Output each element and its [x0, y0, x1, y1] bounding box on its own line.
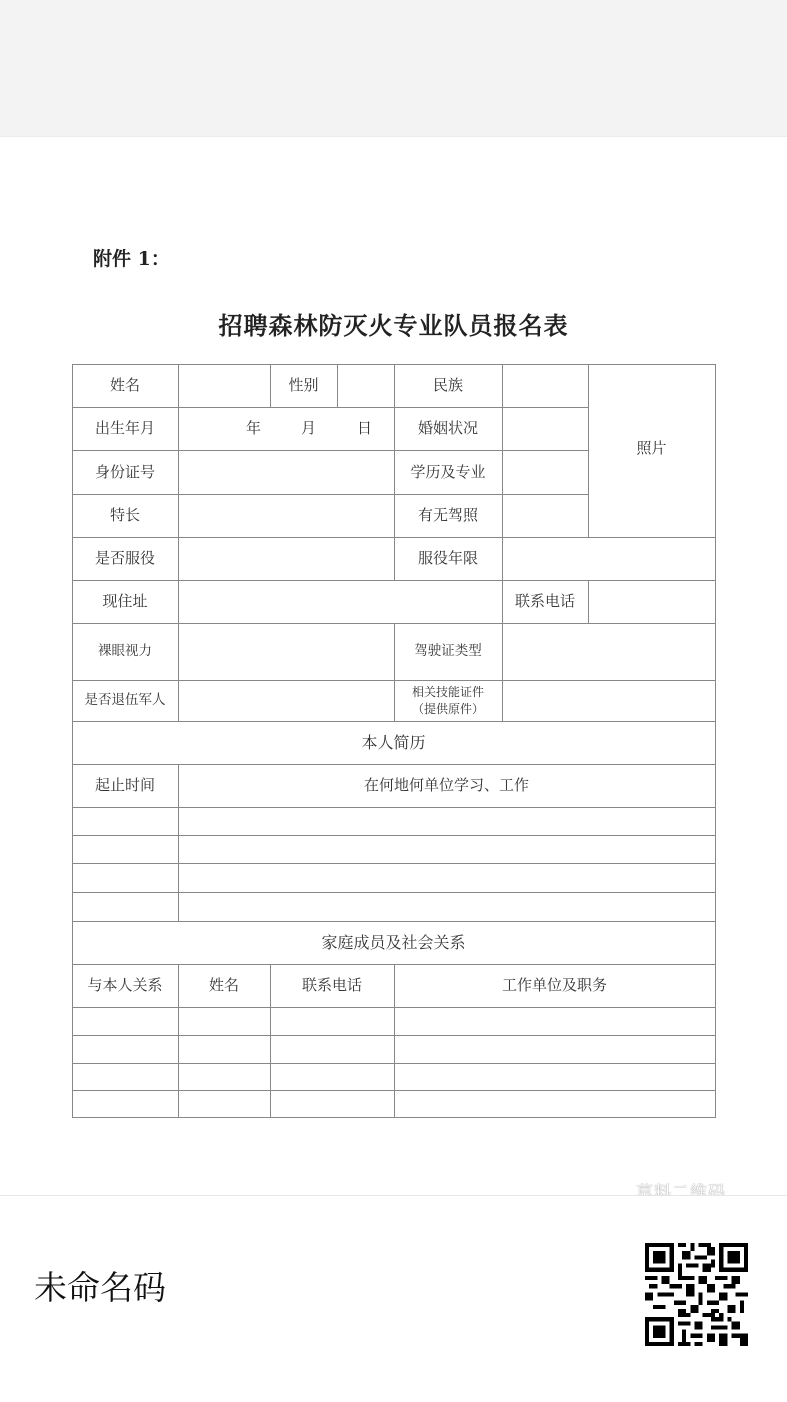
service-years-label: 服役年限 — [394, 537, 502, 580]
resume-section-title: 本人简历 — [72, 721, 715, 764]
vision-field[interactable] — [178, 623, 394, 680]
resume-row-where[interactable] — [178, 892, 715, 921]
birth-field[interactable]: 年 月 日 — [178, 407, 394, 450]
resume-row-period[interactable] — [72, 863, 178, 892]
family-row-phone[interactable] — [270, 1007, 394, 1035]
family-row-name[interactable] — [178, 1007, 270, 1035]
family-row-work[interactable] — [394, 1007, 715, 1035]
ethnicity-field[interactable] — [502, 364, 588, 407]
form-title: 招聘森林防灭火专业队员报名表 — [0, 306, 787, 341]
family-row-work[interactable] — [394, 1090, 715, 1117]
resume-row-where[interactable] — [178, 863, 715, 892]
birth-day-unit: 日 — [357, 418, 372, 438]
vision-label: 裸眼视力 — [72, 623, 178, 680]
resume-row-period[interactable] — [72, 835, 178, 863]
veteran-field[interactable] — [178, 680, 394, 721]
phone-field[interactable] — [588, 580, 715, 623]
education-label: 学历及专业 — [394, 450, 502, 494]
license-label: 有无驾照 — [394, 494, 502, 537]
marital-label: 婚姻状况 — [394, 407, 502, 450]
resume-row-where[interactable] — [178, 835, 715, 863]
family-row-phone[interactable] — [270, 1063, 394, 1090]
qr-code-icon[interactable] — [645, 1243, 748, 1346]
specialty-field[interactable] — [178, 494, 394, 537]
resume-row-where[interactable] — [178, 807, 715, 835]
family-col-name: 姓名 — [178, 964, 270, 1007]
family-col-phone: 联系电话 — [270, 964, 394, 1007]
certificates-label: 相关技能证件 （提供原件） — [394, 680, 502, 721]
viewer-top-bar — [0, 0, 787, 137]
birth-label: 出生年月 — [72, 407, 178, 450]
birth-year-unit: 年 — [246, 418, 261, 438]
birth-month-unit: 月 — [301, 418, 316, 438]
family-section-title: 家庭成员及社会关系 — [72, 921, 715, 964]
code-name: 未命名码 — [34, 1262, 166, 1309]
marital-field[interactable] — [502, 407, 588, 450]
gender-label: 性别 — [270, 364, 337, 407]
served-field[interactable] — [178, 537, 394, 580]
name-field[interactable] — [178, 364, 270, 407]
resume-col-period: 起止时间 — [72, 764, 178, 807]
family-row-relation[interactable] — [72, 1090, 178, 1117]
family-row-name[interactable] — [178, 1063, 270, 1090]
family-col-work: 工作单位及职务 — [394, 964, 715, 1007]
family-row-relation[interactable] — [72, 1007, 178, 1035]
license-type-field[interactable] — [502, 623, 715, 680]
photo-label: 照片 — [636, 438, 666, 458]
certificates-label-line1: 相关技能证件 — [412, 684, 484, 700]
family-row-relation[interactable] — [72, 1063, 178, 1090]
license-field[interactable] — [502, 494, 588, 537]
address-label: 现住址 — [72, 580, 178, 623]
id-number-label: 身份证号 — [72, 450, 178, 494]
family-col-relation: 与本人关系 — [72, 964, 178, 1007]
family-row-name[interactable] — [178, 1090, 270, 1117]
family-row-relation[interactable] — [72, 1035, 178, 1063]
family-row-name[interactable] — [178, 1035, 270, 1063]
resume-row-period[interactable] — [72, 807, 178, 835]
veteran-label: 是否退伍军人 — [72, 680, 178, 721]
resume-col-where: 在何地何单位学习、工作 — [178, 764, 715, 807]
family-row-phone[interactable] — [270, 1035, 394, 1063]
phone-label: 联系电话 — [502, 580, 588, 623]
family-row-work[interactable] — [394, 1063, 715, 1090]
family-row-work[interactable] — [394, 1035, 715, 1063]
resume-row-period[interactable] — [72, 892, 178, 921]
ethnicity-label: 民族 — [394, 364, 502, 407]
education-field[interactable] — [502, 450, 588, 494]
gender-field[interactable] — [337, 364, 394, 407]
attachment-label: 附件 1： — [93, 244, 170, 271]
name-label: 姓名 — [72, 364, 178, 407]
id-number-field[interactable] — [178, 450, 394, 494]
photo-box[interactable]: 照片 — [588, 364, 715, 537]
specialty-label: 特长 — [72, 494, 178, 537]
certificates-label-line2: （提供原件） — [412, 701, 484, 717]
served-label: 是否服役 — [72, 537, 178, 580]
service-years-field[interactable] — [502, 537, 715, 580]
license-type-label: 驾驶证类型 — [394, 623, 502, 680]
address-field[interactable] — [178, 580, 502, 623]
family-row-phone[interactable] — [270, 1090, 394, 1117]
certificates-field[interactable] — [502, 680, 715, 721]
